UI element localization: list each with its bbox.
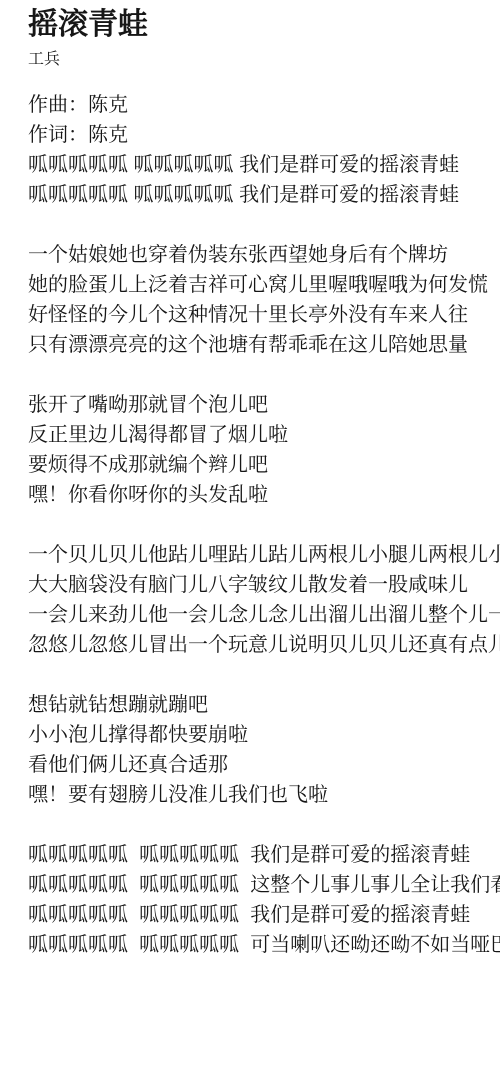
lyrics-page: 摇滚青蛙 工兵 作曲：陈克 作词：陈克 呱呱呱呱呱 呱呱呱呱呱 我们是群可爱的摇…: [0, 0, 500, 990]
lyric-line: 呱呱呱呱呱 呱呱呱呱呱 我们是群可爱的摇滚青蛙: [28, 840, 500, 870]
lyric-line: 呱呱呱呱呱 呱呱呱呱呱 我们是群可爱的摇滚青蛙: [28, 150, 500, 180]
lyric-line: 一会儿来劲儿他一会儿念儿念儿出溜儿出溜儿整个儿一: [28, 600, 500, 630]
lyric-line: 嘿！你看你呀你的头发乱啦: [28, 480, 500, 510]
stanza-verse-2: 张开了嘴呦那就冒个泡儿吧 反正里边儿渴得都冒了烟儿啦 要烦得不成那就编个辫儿吧 …: [28, 390, 500, 510]
lyric-line: 忽悠儿忽悠儿冒出一个玩意儿说明贝儿贝儿还真有点儿: [28, 630, 500, 660]
lyric-line: 小小泡儿撑得都快要崩啦: [28, 720, 500, 750]
lyric-line: 呱呱呱呱呱 呱呱呱呱呱 这整个儿事儿事儿全让我们看: [28, 870, 500, 900]
lyric-line: 呱呱呱呱呱 呱呱呱呱呱 可当喇叭还呦还呦不如当哑巴: [28, 930, 500, 960]
stanza-chorus-2: 呱呱呱呱呱 呱呱呱呱呱 我们是群可爱的摇滚青蛙 呱呱呱呱呱 呱呱呱呱呱 这整个儿…: [28, 840, 500, 960]
lyric-line: 要烦得不成那就编个辫儿吧: [28, 450, 500, 480]
lyric-line: 只有漂漂亮亮的这个池塘有帮乖乖在这儿陪她思量: [28, 330, 500, 360]
lyric-line: 嘿！要有翅膀儿没准儿我们也飞啦: [28, 780, 500, 810]
lyric-line: 呱呱呱呱呱 呱呱呱呱呱 我们是群可爱的摇滚青蛙: [28, 900, 500, 930]
stanza-verse-3: 一个贝儿贝儿他跕儿哩跕儿跕儿两根儿小腿儿两根儿小 大大脑袋没有脑门儿八字皱纹儿散…: [28, 540, 500, 660]
lyric-line: 看他们俩儿还真合适那: [28, 750, 500, 780]
lyric-line: 大大脑袋没有脑门儿八字皱纹儿散发着一股咸味儿: [28, 570, 500, 600]
lyricist-credit: 作词：陈克: [28, 120, 500, 150]
lyric-line: 一个姑娘她也穿着伪装东张西望她身后有个牌坊: [28, 240, 500, 270]
credits-block: 作曲：陈克 作词：陈克: [28, 90, 500, 150]
lyric-line: 好怪怪的今儿个这种情况十里长亭外没有车来人往: [28, 300, 500, 330]
lyric-line: 张开了嘴呦那就冒个泡儿吧: [28, 390, 500, 420]
stanza-verse-1: 一个姑娘她也穿着伪装东张西望她身后有个牌坊 她的脸蛋儿上泛着吉祥可心窝儿里喔哦喔…: [28, 240, 500, 360]
lyric-line: 反正里边儿渴得都冒了烟儿啦: [28, 420, 500, 450]
composer-credit: 作曲：陈克: [28, 90, 500, 120]
lyric-line: 一个贝儿贝儿他跕儿哩跕儿跕儿两根儿小腿儿两根儿小: [28, 540, 500, 570]
lyric-line: 想钻就钻想蹦就蹦吧: [28, 690, 500, 720]
lyric-line: 她的脸蛋儿上泛着吉祥可心窝儿里喔哦喔哦为何发慌: [28, 270, 500, 300]
lyric-line: 呱呱呱呱呱 呱呱呱呱呱 我们是群可爱的摇滚青蛙: [28, 180, 500, 210]
stanza-verse-4: 想钻就钻想蹦就蹦吧 小小泡儿撑得都快要崩啦 看他们俩儿还真合适那 嘿！要有翅膀儿…: [28, 690, 500, 810]
song-title: 摇滚青蛙: [28, 6, 500, 44]
artist-name: 工兵: [28, 50, 500, 70]
stanza-chorus-1: 呱呱呱呱呱 呱呱呱呱呱 我们是群可爱的摇滚青蛙 呱呱呱呱呱 呱呱呱呱呱 我们是群…: [28, 150, 500, 210]
